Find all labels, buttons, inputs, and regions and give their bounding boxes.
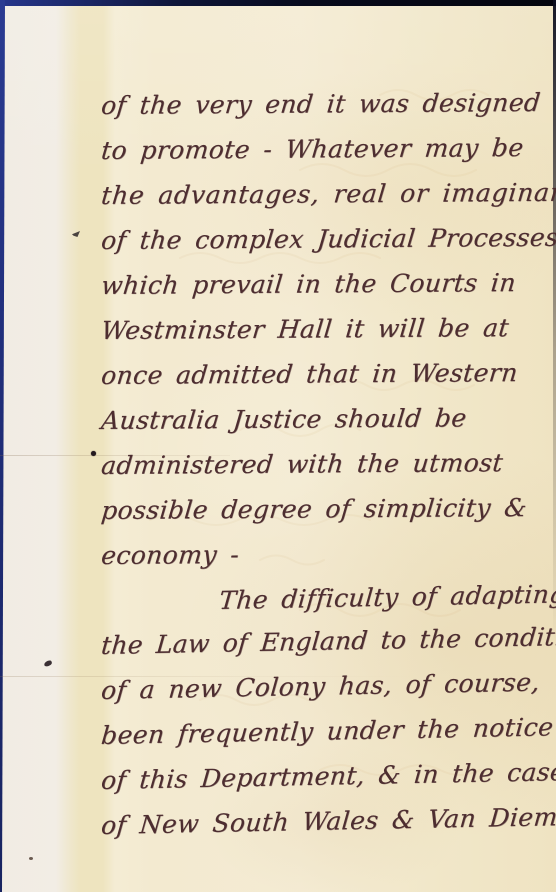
manuscript-line: Westminster Hall it will be at [99,308,556,356]
manuscript-line: of the complex Judicial Processes, [99,218,556,266]
manuscript-line: administered with the utmost [99,443,556,491]
manuscript-line: to promote - Whatever may be [99,128,556,176]
manuscript-line: economy - [99,533,556,581]
manuscript-line: the advantages, real or imaginary, [99,173,556,221]
scanned-manuscript-page: of the very end it was designed to promo… [0,0,556,892]
manuscript-line: of New South Wales & Van Diemens [99,797,556,851]
ink-dot [91,451,96,456]
manuscript-line: of the very end it was designed [99,83,556,131]
manuscript-line: once admitted that in Western [99,353,556,401]
paper-speck [29,857,33,860]
manuscript-text-block: of the very end it was designed to promo… [101,86,556,851]
manuscript-line: which prevail in the Courts in [99,263,556,311]
manuscript-line: possible degree of simplicity & [99,488,556,536]
top-gutter-border [0,0,556,6]
manuscript-line: Australia Justice should be [99,398,556,446]
